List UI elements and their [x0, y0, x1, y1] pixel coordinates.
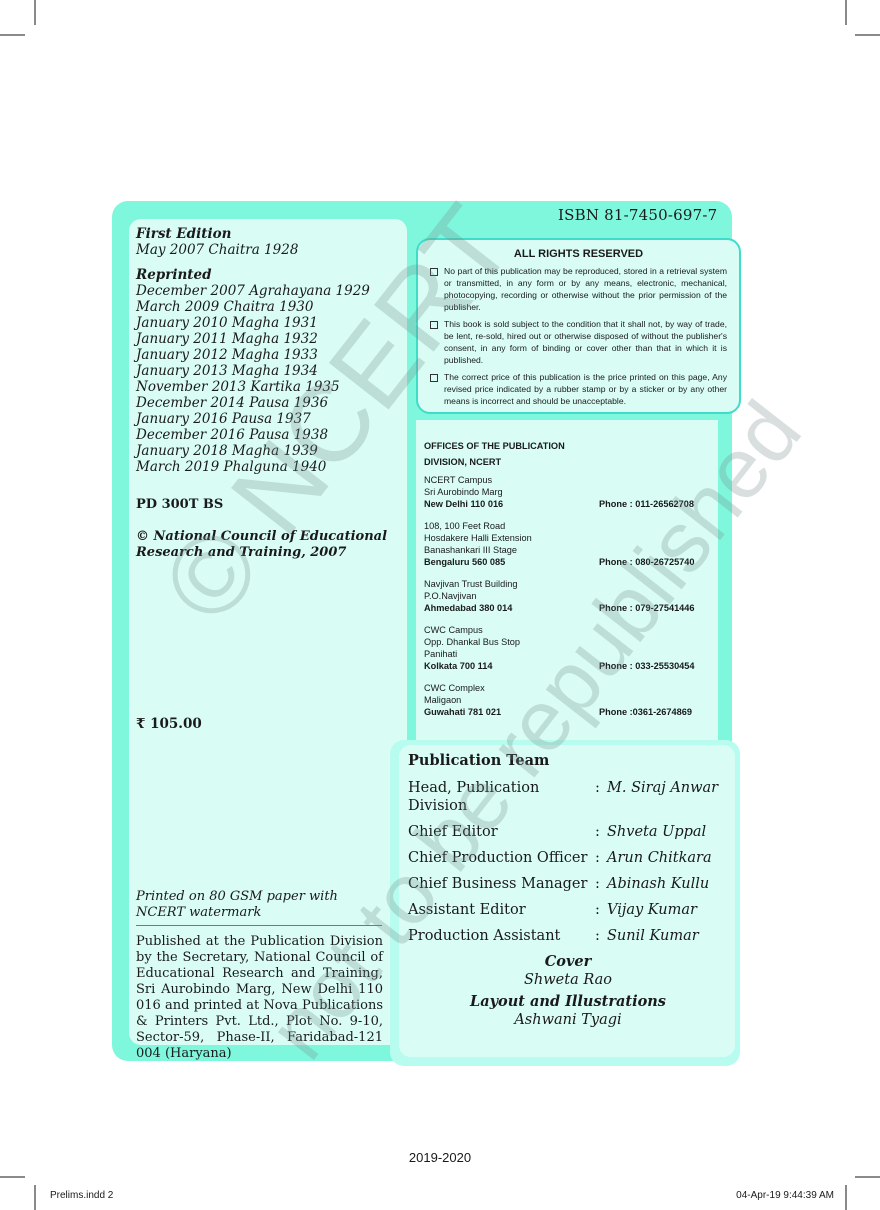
- crop-mark: [845, 0, 847, 25]
- rights-item: This book is sold subject to the conditi…: [430, 318, 727, 366]
- reprint-date: December 2007 Agrahayana 1929: [136, 283, 398, 299]
- crop-mark: [34, 0, 36, 25]
- team-name: M. Siraj Anwar: [607, 779, 718, 815]
- reprint-date: November 2013 Kartika 1935: [136, 379, 398, 395]
- crop-mark: [34, 1185, 36, 1210]
- rights-item: The correct price of this publication is…: [430, 371, 727, 407]
- office-phone: Phone : 011-26562708: [599, 498, 694, 510]
- edition-history: First Edition May 2007 Chaitra 1928 Repr…: [136, 226, 398, 475]
- crop-mark: [845, 1185, 847, 1210]
- crop-mark: [855, 1176, 880, 1178]
- reprint-date: January 2012 Magha 1933: [136, 347, 398, 363]
- reprint-date: January 2013 Magha 1934: [136, 363, 398, 379]
- team-name: Abinash Kullu: [607, 875, 709, 893]
- team-name: Sunil Kumar: [607, 927, 699, 945]
- reprint-date: January 2018 Magha 1939: [136, 443, 398, 459]
- team-name: Arun Chitkara: [607, 849, 712, 867]
- pd-code: PD 300T BS: [136, 497, 223, 512]
- checkbox-bullet-icon: [430, 374, 438, 382]
- office-address: CWC CampusOpp. Dhankal Bus StopPanihatiK…: [424, 624, 714, 672]
- team-member: Chief Business Manager:Abinash Kullu: [408, 875, 728, 893]
- layout-credit: Layout and Illustrations Ashwani Tyagi: [408, 993, 728, 1029]
- publication-team: Publication Team Head, Publication Divis…: [408, 752, 728, 1029]
- checkbox-bullet-icon: [430, 321, 438, 329]
- office-phone: Phone : 033-25530454: [599, 660, 695, 672]
- isbn: ISBN 81-7450-697-7: [558, 206, 717, 224]
- team-role: Production Assistant: [408, 927, 595, 945]
- team-role: Chief Production Officer: [408, 849, 595, 867]
- office-address: Navjivan Trust BuildingP.O.NavjivanAhmed…: [424, 578, 714, 614]
- office-address: 108, 100 Feet RoadHosdakere Halli Extens…: [424, 520, 714, 568]
- crop-mark: [0, 34, 25, 36]
- reprint-date: January 2011 Magha 1932: [136, 331, 398, 347]
- office-address: CWC ComplexMaligaonGuwahati 781 021Phone…: [424, 682, 714, 718]
- office-phone: Phone : 080-26725740: [599, 556, 695, 568]
- office-phone: Phone : 079-27541446: [599, 602, 695, 614]
- team-name: Shveta Uppal: [607, 823, 706, 841]
- reprint-list: December 2007 Agrahayana 1929March 2009 …: [136, 283, 398, 475]
- first-edition-heading: First Edition: [136, 226, 398, 242]
- team-role: Head, Publication Division: [408, 779, 595, 815]
- reprinted-heading: Reprinted: [136, 267, 398, 283]
- office-phone: Phone :0361-2674869: [599, 706, 692, 718]
- reprint-date: January 2016 Pausa 1937: [136, 411, 398, 427]
- crop-mark: [0, 1176, 25, 1178]
- team-member: Assistant Editor:Vijay Kumar: [408, 901, 728, 919]
- reprint-date: March 2019 Phalguna 1940: [136, 459, 398, 475]
- first-edition-date: May 2007 Chaitra 1928: [136, 242, 398, 258]
- paper-note: Printed on 80 GSM paper with NCERT water…: [136, 889, 382, 926]
- checkbox-bullet-icon: [430, 268, 438, 276]
- team-role: Chief Business Manager: [408, 875, 595, 893]
- team-name: Vijay Kumar: [607, 901, 697, 919]
- office-list: NCERT CampusSri Aurobindo MargNew Delhi …: [424, 474, 714, 718]
- team-member: Production Assistant:Sunil Kumar: [408, 927, 728, 945]
- reprint-date: December 2014 Pausa 1936: [136, 395, 398, 411]
- team-member: Head, Publication Division:M. Siraj Anwa…: [408, 779, 728, 815]
- team-member: Chief Editor:Shveta Uppal: [408, 823, 728, 841]
- team-list: Head, Publication Division:M. Siraj Anwa…: [408, 779, 728, 945]
- rights-list: No part of this publication may be repro…: [430, 265, 727, 407]
- team-title: Publication Team: [408, 752, 728, 769]
- publisher-note: Published at the Publication Division by…: [136, 934, 383, 1062]
- office-address: NCERT CampusSri Aurobindo MargNew Delhi …: [424, 474, 714, 510]
- rights-item: No part of this publication may be repro…: [430, 265, 727, 313]
- crop-mark: [855, 34, 880, 36]
- team-role: Assistant Editor: [408, 901, 595, 919]
- academic-year: 2019-2020: [0, 1150, 880, 1165]
- timestamp-slug: 04-Apr-19 9:44:39 AM: [736, 1190, 834, 1201]
- reprint-date: December 2016 Pausa 1938: [136, 427, 398, 443]
- copyright-notice: © National Council of Educational Resear…: [136, 529, 398, 561]
- reprint-date: January 2010 Magha 1931: [136, 315, 398, 331]
- offices-section: OFFICES OF THE PUBLICATION DIVISION, NCE…: [424, 438, 714, 728]
- team-role: Chief Editor: [408, 823, 595, 841]
- team-member: Chief Production Officer:Arun Chitkara: [408, 849, 728, 867]
- rights-box: ALL RIGHTS RESERVED No part of this publ…: [416, 238, 741, 414]
- offices-title: OFFICES OF THE PUBLICATION DIVISION, NCE…: [424, 438, 714, 470]
- file-slug: Prelims.indd 2: [50, 1190, 113, 1201]
- rights-title: ALL RIGHTS RESERVED: [430, 248, 727, 260]
- reprint-date: March 2009 Chaitra 1930: [136, 299, 398, 315]
- price: ₹ 105.00: [136, 716, 202, 732]
- cover-credit: Cover Shweta Rao: [408, 953, 728, 989]
